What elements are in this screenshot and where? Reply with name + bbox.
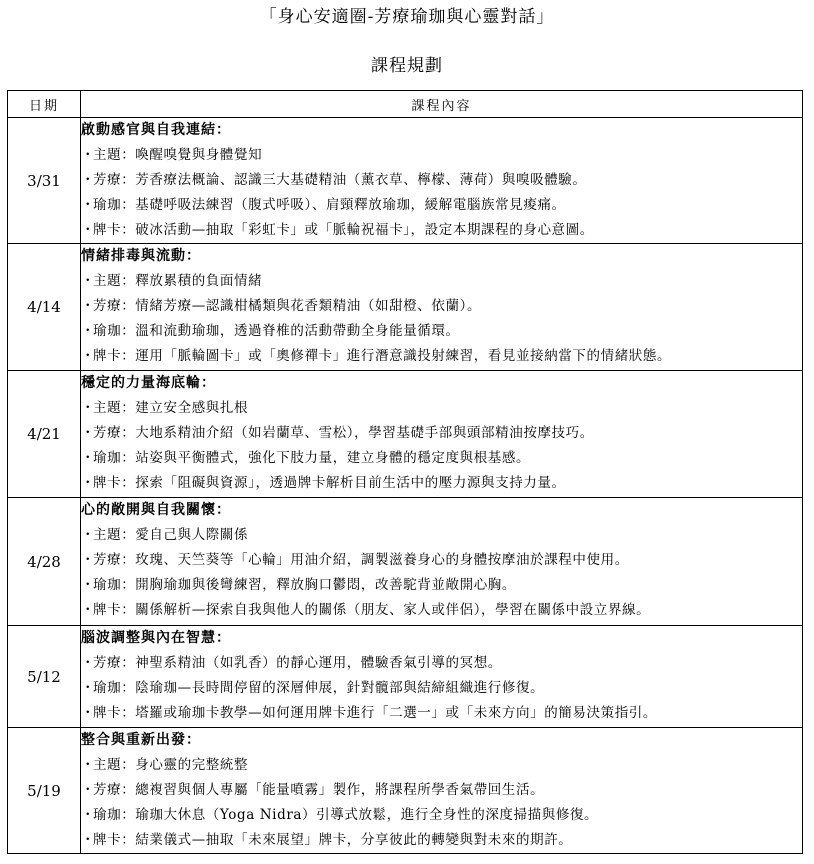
table-row: 3/31 啟動感官與自我連結： ・主題：喚醒嗅覺與身體覺知 ・芳療：芳香療法概論… — [8, 118, 803, 244]
session-content: 腦波調整與內在智慧： ・芳療：神聖系精油（如乳香）的靜心運用，體驗香氣引導的冥想… — [81, 626, 803, 728]
list-item: ・瑜珈：陰瑜珈—長時間停留的深層伸展，針對髖部與結締組織進行修復。 — [81, 676, 802, 701]
document-title: 「身心安適圈-芳療瑜珈與心靈對話」 — [0, 6, 814, 28]
list-item: ・芳療：情緒芳療—認識柑橘類與花香類精油（如甜橙、依蘭）。 — [81, 294, 802, 319]
bullet-icon: ・ — [81, 573, 93, 598]
table-row: 5/19 整合與重新出發： ・主題：身心靈的完整統整 ・芳療：總複習與個人專屬「… — [8, 728, 803, 854]
session-date: 4/14 — [8, 244, 81, 371]
item-text: 芳療：情緒芳療—認識柑橘類與花香類精油（如甜橙、依蘭）。 — [93, 298, 481, 314]
session-date: 3/31 — [8, 118, 81, 244]
bullet-icon: ・ — [81, 548, 93, 573]
session-title: 情緒排毒與流動： — [81, 244, 802, 269]
session-content: 整合與重新出發： ・主題：身心靈的完整統整 ・芳療：總複習與個人專屬「能量噴霧」… — [81, 728, 803, 854]
item-text: 主題：喚醒嗅覺與身體覺知 — [93, 147, 262, 163]
table-row: 4/14 情緒排毒與流動： ・主題：釋放累積的負面情緒 ・芳療：情緒芳療—認識柑… — [8, 244, 803, 371]
item-text: 瑜珈：站姿與平衡體式，強化下肢力量，建立身體的穩定度與根基感。 — [93, 450, 530, 466]
session-date: 5/12 — [8, 626, 81, 728]
bullet-icon: ・ — [81, 778, 93, 803]
list-item: ・芳療：玫瑰、天竺葵等「心輪」用油介紹，調製滋養身心的身體按摩油於課程中使用。 — [81, 548, 802, 573]
table-header-row: 日期 課程內容 — [8, 91, 803, 118]
list-item: ・瑜珈：瑜珈大休息（Yoga Nidra）引導式放鬆，進行全身性的深度掃描與修復… — [81, 803, 802, 828]
table-row: 4/28 心的敞開與自我關懷： ・主題：愛自己與人際關係 ・芳療：玫瑰、天竺葵等… — [8, 498, 803, 626]
list-item: ・牌卡：結業儀式—抽取「未來展望」牌卡，分享彼此的轉變與對未來的期許。 — [81, 828, 802, 853]
bullet-icon: ・ — [81, 446, 93, 471]
item-text: 瑜珈：陰瑜珈—長時間停留的深層伸展，針對髖部與結締組織進行修復。 — [93, 680, 544, 696]
bullet-icon: ・ — [81, 753, 93, 778]
list-item: ・牌卡：關係解析—探索自我與他人的關係（朋友、家人或伴侶），學習在關係中設立界線… — [81, 598, 802, 623]
session-date: 4/21 — [8, 371, 81, 498]
item-text: 瑜珈：溫和流動瑜珈，透過脊椎的活動帶動全身能量循環。 — [93, 323, 460, 339]
session-title: 心的敞開與自我關懷： — [81, 498, 802, 523]
bullet-icon: ・ — [81, 701, 93, 726]
item-text: 瑜珈：基礎呼吸法練習（腹式呼吸）、肩頸釋放瑜珈，緩解電腦族常見痠痛。 — [93, 197, 566, 213]
list-item: ・主題：身心靈的完整統整 — [81, 753, 802, 778]
list-item: ・芳療：芳香療法概論、認識三大基礎精油（薰衣草、檸檬、薄荷）與嗅吸體驗。 — [81, 168, 802, 193]
bullet-icon: ・ — [81, 651, 93, 676]
item-text: 主題：身心靈的完整統整 — [93, 757, 248, 773]
list-item: ・主題：喚醒嗅覺與身體覺知 — [81, 143, 802, 168]
item-text: 瑜珈：開胸瑜珈與後彎練習，釋放胸口鬱悶，改善駝背並敞開心胸。 — [93, 577, 516, 593]
session-content: 情緒排毒與流動： ・主題：釋放累積的負面情緒 ・芳療：情緒芳療—認識柑橘類與花香… — [81, 244, 803, 371]
bullet-icon: ・ — [81, 344, 93, 369]
bullet-icon: ・ — [81, 168, 93, 193]
bullet-icon: ・ — [81, 294, 93, 319]
course-schedule-table: 日期 課程內容 3/31 啟動感官與自我連結： ・主題：喚醒嗅覺與身體覺知 ・芳… — [7, 90, 803, 854]
bullet-icon: ・ — [81, 269, 93, 294]
header-date: 日期 — [8, 91, 81, 118]
list-item: ・芳療：大地系精油介紹（如岩蘭草、雪松），學習基礎手部與頭部精油按摩技巧。 — [81, 421, 802, 446]
bullet-icon: ・ — [81, 319, 93, 344]
item-text: 牌卡：塔羅或瑜珈卡教學—如何運用牌卡進行「二選一」或「未來方向」的簡易決策指引。 — [93, 705, 657, 721]
item-text: 芳療：神聖系精油（如乳香）的靜心運用，體驗香氣引導的冥想。 — [93, 655, 502, 671]
session-title: 穩定的力量海底輪： — [81, 371, 802, 396]
list-item: ・牌卡：塔羅或瑜珈卡教學—如何運用牌卡進行「二選一」或「未來方向」的簡易決策指引… — [81, 701, 802, 726]
list-item: ・主題：建立安全感與扎根 — [81, 396, 802, 421]
list-item: ・瑜珈：開胸瑜珈與後彎練習，釋放胸口鬱悶，改善駝背並敞開心胸。 — [81, 573, 802, 598]
list-item: ・瑜珈：溫和流動瑜珈，透過脊椎的活動帶動全身能量循環。 — [81, 319, 802, 344]
session-title: 整合與重新出發： — [81, 728, 802, 753]
session-title: 腦波調整與內在智慧： — [81, 626, 802, 651]
session-content: 啟動感官與自我連結： ・主題：喚醒嗅覺與身體覺知 ・芳療：芳香療法概論、認識三大… — [81, 118, 803, 244]
bullet-icon: ・ — [81, 143, 93, 168]
item-text: 牌卡：結業儀式—抽取「未來展望」牌卡，分享彼此的轉變與對未來的期許。 — [93, 832, 572, 848]
list-item: ・芳療：總複習與個人專屬「能量噴霧」製作，將課程所學香氣帶回生活。 — [81, 778, 802, 803]
session-content: 穩定的力量海底輪： ・主題：建立安全感與扎根 ・芳療：大地系精油介紹（如岩蘭草、… — [81, 371, 803, 498]
item-text: 主題：愛自己與人際關係 — [93, 527, 248, 543]
item-text: 主題：建立安全感與扎根 — [93, 400, 248, 416]
table-row: 5/12 腦波調整與內在智慧： ・芳療：神聖系精油（如乳香）的靜心運用，體驗香氣… — [8, 626, 803, 728]
list-item: ・主題：釋放累積的負面情緒 — [81, 269, 802, 294]
bullet-icon: ・ — [81, 218, 93, 243]
list-item: ・主題：愛自己與人際關係 — [81, 523, 802, 548]
item-text: 牌卡：破冰活動—抽取「彩虹卡」或「脈輪祝福卡」，設定本期課程的身心意圖。 — [93, 222, 594, 238]
item-text: 芳療：總複習與個人專屬「能量噴霧」製作，將課程所學香氣帶回生活。 — [93, 782, 544, 798]
bullet-icon: ・ — [81, 803, 93, 828]
session-content: 心的敞開與自我關懷： ・主題：愛自己與人際關係 ・芳療：玫瑰、天竺葵等「心輪」用… — [81, 498, 803, 626]
list-item: ・瑜珈：站姿與平衡體式，強化下肢力量，建立身體的穩定度與根基感。 — [81, 446, 802, 471]
bullet-icon: ・ — [81, 193, 93, 218]
item-text: 主題：釋放累積的負面情緒 — [93, 273, 262, 289]
bullet-icon: ・ — [81, 598, 93, 623]
bullet-icon: ・ — [81, 828, 93, 853]
session-date: 4/28 — [8, 498, 81, 626]
list-item: ・牌卡：破冰活動—抽取「彩虹卡」或「脈輪祝福卡」，設定本期課程的身心意圖。 — [81, 218, 802, 243]
item-text: 瑜珈：瑜珈大休息（Yoga Nidra）引導式放鬆，進行全身性的深度掃描與修復。 — [93, 807, 598, 823]
session-date: 5/19 — [8, 728, 81, 854]
list-item: ・芳療：神聖系精油（如乳香）的靜心運用，體驗香氣引導的冥想。 — [81, 651, 802, 676]
item-text: 芳療：玫瑰、天竺葵等「心輪」用油介紹，調製滋養身心的身體按摩油於課程中使用。 — [93, 552, 629, 568]
item-text: 芳療：芳香療法概論、認識三大基礎精油（薰衣草、檸檬、薄荷）與嗅吸體驗。 — [93, 172, 587, 188]
item-text: 芳療：大地系精油介紹（如岩蘭草、雪松），學習基礎手部與頭部精油按摩技巧。 — [93, 425, 594, 441]
list-item: ・牌卡：探索「阻礙與資源」，透過牌卡解析目前生活中的壓力源與支持力量。 — [81, 471, 802, 496]
list-item: ・牌卡：運用「脈輪圖卡」或「奧修禪卡」進行潛意識投射練習，看見並接納當下的情緒狀… — [81, 344, 802, 369]
list-item: ・瑜珈：基礎呼吸法練習（腹式呼吸）、肩頸釋放瑜珈，緩解電腦族常見痠痛。 — [81, 193, 802, 218]
item-text: 牌卡：運用「脈輪圖卡」或「奧修禪卡」進行潛意識投射練習，看見並接納當下的情緒狀態… — [93, 348, 671, 364]
document-subtitle: 課程規劃 — [0, 55, 814, 77]
table-row: 4/21 穩定的力量海底輪： ・主題：建立安全感與扎根 ・芳療：大地系精油介紹（… — [8, 371, 803, 498]
item-text: 牌卡：探索「阻礙與資源」，透過牌卡解析目前生活中的壓力源與支持力量。 — [93, 475, 566, 491]
bullet-icon: ・ — [81, 676, 93, 701]
item-text: 牌卡：關係解析—探索自我與他人的關係（朋友、家人或伴侶），學習在關係中設立界線。 — [93, 602, 650, 618]
bullet-icon: ・ — [81, 396, 93, 421]
header-content: 課程內容 — [81, 91, 803, 118]
bullet-icon: ・ — [81, 421, 93, 446]
bullet-icon: ・ — [81, 523, 93, 548]
bullet-icon: ・ — [81, 471, 93, 496]
session-title: 啟動感官與自我連結： — [81, 118, 802, 143]
